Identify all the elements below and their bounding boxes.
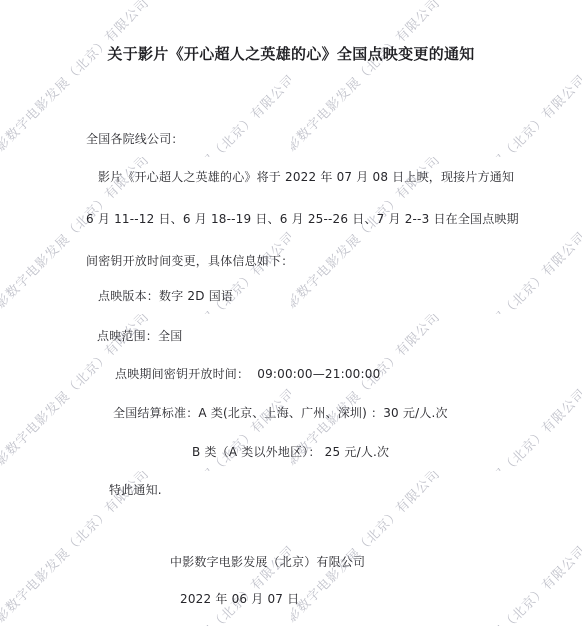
detail-key-open-time: 点映期间密钥开放时间： 09:00:00—21:00:00 [115,366,380,383]
signature-date: 2022 年 06 月 07 日 [180,591,299,608]
signature-company-name: 中影数字电影发展（北京）有限公司 [170,554,365,571]
closing-line: 特此通知. [109,482,162,499]
paragraph-release-info: 影片《开心超人之英雄的心》将于 2022 年 07 月 08 日上映，现接片方通… [98,169,514,186]
detail-settlement-class-a: 全国结算标准：A 类(北京、上海、广州、深圳) ：30 元/人.次 [113,405,448,422]
notice-document-page: 中影数字电影发展（北京）有限公司 中影数字电影发展（北京）有限公司 关于影片《开… [0,0,582,626]
paragraph-screening-dates: 6 月 11--12 日、6 月 18--19 日、6 月 25--26 日、7… [86,211,519,228]
detail-settlement-class-b: B 类（A 类以外地区）： 25 元/人.次 [192,444,389,461]
detail-screening-version: 点映版本：数字 2D 国语 [98,288,233,305]
greeting-line: 全国各院线公司： [86,131,184,148]
page-title: 关于影片《开心超人之英雄的心》全国点映变更的通知 [0,45,582,63]
paragraph-change-intro: 间密钥开放时间变更，具体信息如下： [86,253,293,270]
detail-screening-scope: 点映范围：全国 [97,328,182,345]
watermark-pattern: 中影数字电影发展（北京）有限公司 中影数字电影发展（北京）有限公司 [0,0,582,626]
